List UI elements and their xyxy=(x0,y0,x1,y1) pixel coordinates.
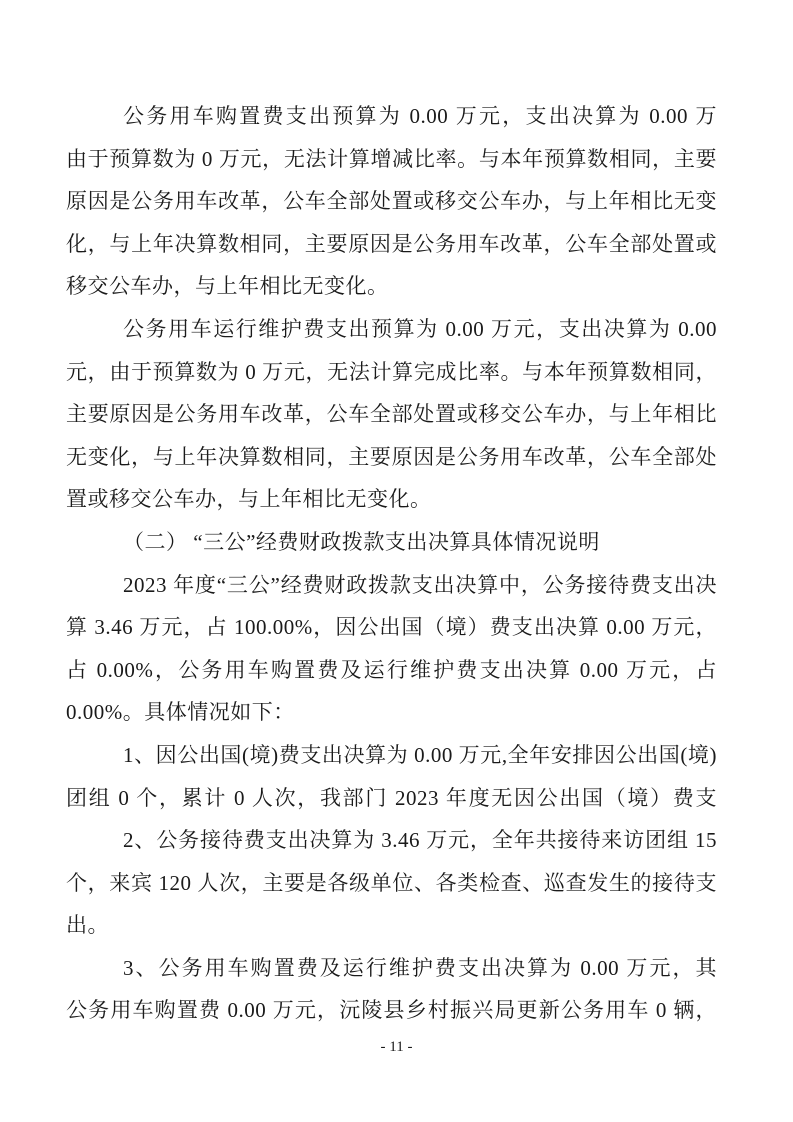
paragraph-item-2-reception-expense: 2、公务接待费支出决算为 3.46 万元，全年共接待来访团组 15个，来宾 12… xyxy=(66,819,717,947)
text-line: 元，由于预算数为 0 万元，无法计算完成比率。与本年预算数相同， xyxy=(66,351,717,394)
text-line: 化，与上年决算数相同，主要原因是公务用车改革，公车全部处置或 xyxy=(66,223,717,266)
paragraph-section-heading-2: （二） “三公”经费财政拨款支出决算具体情况说明 xyxy=(66,521,717,564)
text-line: 置或移交公车办，与上年相比无变化。 xyxy=(66,478,717,521)
document-body: 公务用车购置费支出预算为 0.00 万元，支出决算为 0.00 万元，由于预算数… xyxy=(66,95,717,1032)
text-line: 无变化，与上年决算数相同，主要原因是公务用车改革，公车全部处 xyxy=(66,436,717,479)
text-line: 个，来宾 120 人次，主要是各级单位、各类检查、巡查发生的接待支 xyxy=(66,862,717,905)
text-line: 原因是公务用车改革，公车全部处置或移交公车办，与上年相比无变 xyxy=(66,180,717,223)
text-line: 0.00%。具体情况如下： xyxy=(66,691,717,734)
paragraph-vehicle-maintenance-budget: 公务用车运行维护费支出预算为 0.00 万元，支出决算为 0.00 万元，由于预… xyxy=(66,308,717,521)
text-line: 3、公务用车购置费及运行维护费支出决算为 0.00 万元，其中： xyxy=(66,947,717,990)
paragraph-vehicle-purchase-budget: 公务用车购置费支出预算为 0.00 万元，支出决算为 0.00 万元，由于预算数… xyxy=(66,95,717,308)
text-line: 占 0.00%，公务用车购置费及运行维护费支出决算 0.00 万元，占 xyxy=(66,649,717,692)
paragraph-item-1-overseas-expense: 1、因公出国(境)费支出决算为 0.00 万元,全年安排因公出国(境)团组 0 … xyxy=(66,734,717,819)
text-line: 公务用车购置费支出预算为 0.00 万元，支出决算为 0.00 万元， xyxy=(66,95,717,138)
paragraph-three-public-summary: 2023 年度“三公”经费财政拨款支出决算中，公务接待费支出决算 3.46 万元… xyxy=(66,564,717,734)
text-line: 团组 0 个，累计 0 人次，我部门 2023 年度无因公出国（境）费支出。 xyxy=(66,777,717,820)
text-line: （二） “三公”经费财政拨款支出决算具体情况说明 xyxy=(66,521,717,564)
text-line: 算 3.46 万元，占 100.00%，因公出国（境）费支出决算 0.00 万元… xyxy=(66,606,717,649)
text-line: 由于预算数为 0 万元，无法计算增减比率。与本年预算数相同，主要 xyxy=(66,138,717,181)
text-line: 公务用车购置费 0.00 万元，沅陵县乡村振兴局更新公务用车 0 辆，购 xyxy=(66,989,717,1032)
text-line: 主要原因是公务用车改革，公车全部处置或移交公车办，与上年相比 xyxy=(66,393,717,436)
text-line: 出。 xyxy=(66,904,717,947)
page-number: - 11 - xyxy=(0,1040,793,1055)
text-line: 1、因公出国(境)费支出决算为 0.00 万元,全年安排因公出国(境) xyxy=(66,734,717,777)
paragraph-item-3-vehicle-expense: 3、公务用车购置费及运行维护费支出决算为 0.00 万元，其中：公务用车购置费 … xyxy=(66,947,717,1032)
text-line: 公务用车运行维护费支出预算为 0.00 万元，支出决算为 0.00 万 xyxy=(66,308,717,351)
text-line: 移交公车办，与上年相比无变化。 xyxy=(66,265,717,308)
document-page: 公务用车购置费支出预算为 0.00 万元，支出决算为 0.00 万元，由于预算数… xyxy=(0,0,793,1122)
text-line: 2023 年度“三公”经费财政拨款支出决算中，公务接待费支出决 xyxy=(66,564,717,607)
text-line: 2、公务接待费支出决算为 3.46 万元，全年共接待来访团组 15 xyxy=(66,819,717,862)
